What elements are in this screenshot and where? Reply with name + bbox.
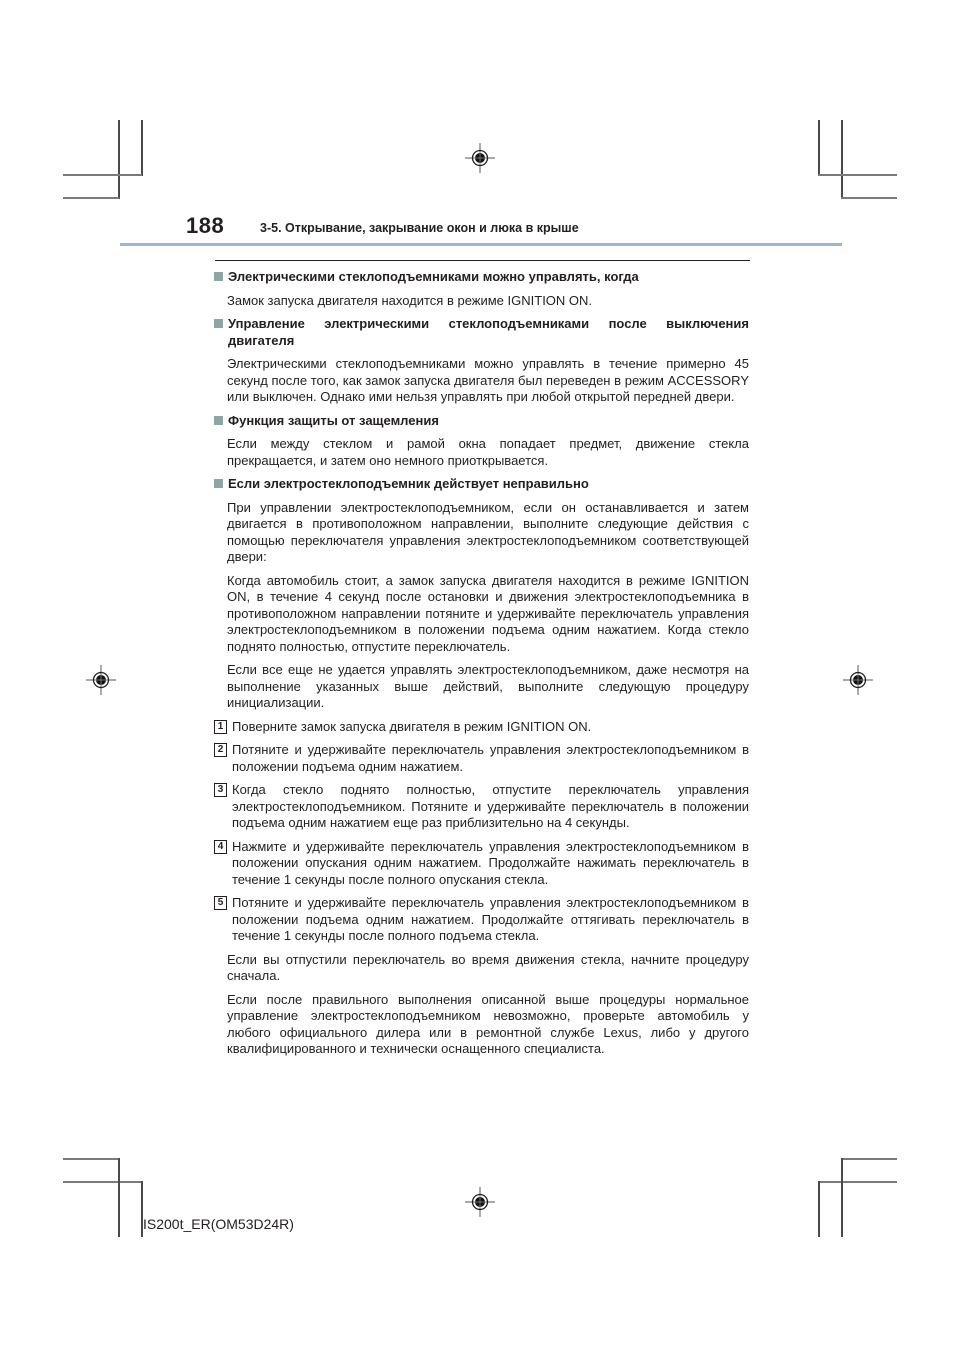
crop-mark: [818, 174, 897, 176]
step-text: Нажмите и удерживайте переключатель упра…: [232, 839, 749, 889]
crop-mark: [841, 1158, 897, 1160]
registration-mark-icon: [843, 665, 873, 695]
procedure-step: 3 Когда стекло поднято полностью, отпуст…: [214, 782, 749, 832]
step-text: Потяните и удерживайте переключатель упр…: [232, 895, 749, 945]
step-number-badge: 1: [214, 720, 227, 734]
crop-mark: [63, 1181, 142, 1183]
paragraph: Если между стеклом и рамой окна попадает…: [227, 436, 749, 469]
bullet-square-icon: [214, 272, 223, 281]
section-title: 3-5. Открывание, закрывание окон и люка …: [260, 221, 579, 235]
page-number: 188: [186, 213, 224, 239]
crop-mark: [841, 1158, 843, 1237]
paragraph: Замок запуска двигателя находится в режи…: [227, 293, 749, 310]
crop-mark: [818, 1181, 897, 1183]
step-text: Когда стекло поднято полностью, отпустит…: [232, 782, 749, 832]
crop-mark: [841, 120, 843, 199]
section-after-engine-off: Управление электрическими стеклоподъемни…: [214, 316, 749, 406]
paragraph: Когда автомобиль стоит, а замок запуска …: [227, 573, 749, 656]
procedure-step: 1 Поверните замок запуска двигателя в ре…: [214, 719, 749, 736]
paragraph: Если все еще не удается управлять электр…: [227, 662, 749, 712]
crop-mark: [118, 1158, 120, 1237]
crop-mark: [141, 120, 143, 176]
paragraph: Электрическими стеклоподъемниками можно …: [227, 356, 749, 406]
section-malfunction: Если электростеклоподъемник действует не…: [214, 476, 749, 1058]
procedure-step: 4 Нажмите и удерживайте переключатель уп…: [214, 839, 749, 889]
crop-mark: [118, 120, 120, 199]
registration-mark-icon: [465, 143, 495, 173]
section-heading: Если электростеклоподъемник действует не…: [214, 476, 749, 493]
crop-mark: [841, 197, 897, 199]
content-top-rule: [215, 260, 750, 261]
step-text: Поверните замок запуска двигателя в режи…: [232, 719, 749, 736]
step-number-badge: 4: [214, 840, 227, 854]
crop-mark: [63, 174, 142, 176]
procedure-step: 2 Потяните и удерживайте переключатель у…: [214, 742, 749, 775]
paragraph: Если после правильного выполнения описан…: [227, 992, 749, 1058]
section-jam-protection: Функция защиты от защемления Если между …: [214, 413, 749, 470]
bullet-square-icon: [214, 319, 223, 328]
section-heading: Управление электрическими стеклоподъемни…: [214, 316, 749, 349]
paragraph: Если вы отпустили переключатель во время…: [227, 952, 749, 985]
step-number-badge: 5: [214, 896, 227, 910]
section-window-operation-conditions: Электрическими стеклоподъемниками можно …: [214, 269, 749, 309]
procedure-step: 5 Потяните и удерживайте переключатель у…: [214, 895, 749, 945]
crop-mark: [818, 1181, 820, 1237]
step-number-badge: 3: [214, 783, 227, 797]
step-number-badge: 2: [214, 743, 227, 757]
page-content: Электрическими стеклоподъемниками можно …: [214, 269, 749, 1065]
section-heading: Электрическими стеклоподъемниками можно …: [214, 269, 749, 286]
crop-mark: [63, 197, 119, 199]
section-heading: Функция защиты от защемления: [214, 413, 749, 430]
step-text: Потяните и удерживайте переключатель упр…: [232, 742, 749, 775]
registration-mark-icon: [86, 665, 116, 695]
crop-mark: [818, 120, 820, 176]
registration-mark-icon: [465, 1187, 495, 1217]
bullet-square-icon: [214, 416, 223, 425]
paragraph: При управлении электростеклоподъемником,…: [227, 500, 749, 566]
document-code: IS200t_ER(OM53D24R): [143, 1216, 294, 1232]
bullet-square-icon: [214, 479, 223, 488]
header-rule: [120, 243, 842, 246]
crop-mark: [63, 1158, 119, 1160]
